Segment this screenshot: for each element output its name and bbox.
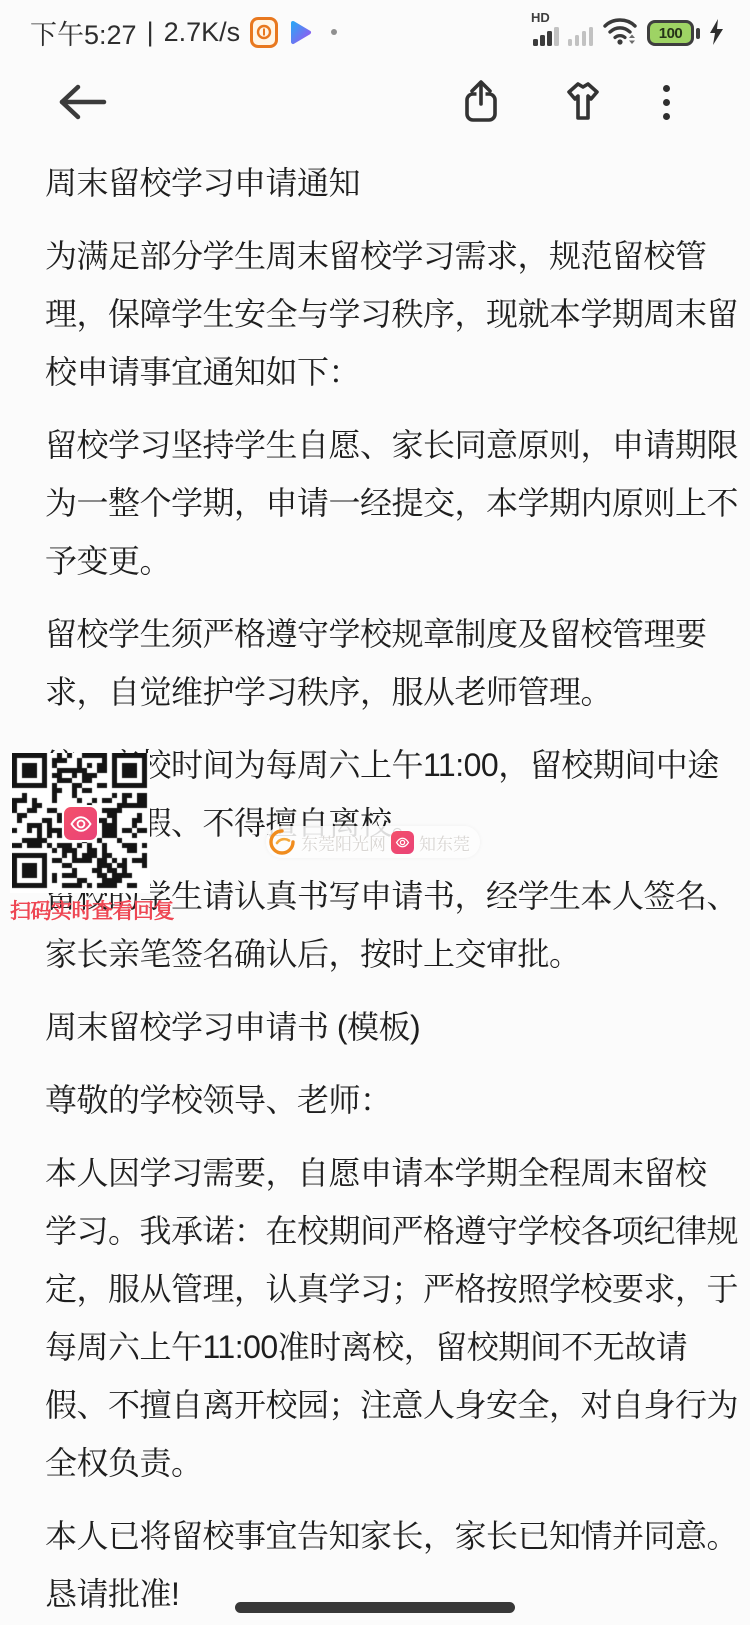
doc-line: 每周六上午11:00准时离校，留校期间不无故请 bbox=[45, 1318, 705, 1376]
qr-overlay: 扫码实时查看回复 bbox=[10, 751, 160, 925]
share-icon bbox=[459, 78, 503, 126]
doc-line: 求，自觉维护学习秩序，服从老师管理。 bbox=[45, 663, 705, 721]
status-right: HD bbox=[533, 12, 724, 52]
hd-volte-label: HD bbox=[531, 10, 550, 25]
sun-network-logo-icon bbox=[268, 828, 296, 856]
notification-app-icon bbox=[250, 17, 278, 48]
battery-percent-text: 100 bbox=[659, 25, 683, 42]
clock-text: 下午5:27 bbox=[30, 13, 137, 52]
paragraph: 为满足部分学生周末留校学习需求，规范留校管理，保障学生安全与学习秩序，现就本学期… bbox=[45, 227, 705, 401]
share-button[interactable] bbox=[459, 78, 503, 126]
watermark-app-name: 知东莞 bbox=[419, 830, 470, 855]
doc-line: 周末留校学习申请书 (模板) bbox=[45, 998, 705, 1056]
doc-line: 家长亲笔签名确认后，按时上交审批。 bbox=[45, 925, 705, 983]
wifi-icon bbox=[602, 16, 638, 46]
doc-line: 留校学习坚持学生自愿、家长同意原则，申请期限 bbox=[45, 416, 705, 474]
paragraph: 尊敬的学校领导、老师： bbox=[45, 1071, 705, 1129]
status-bar: 下午5:27 | 2.7K/s HD bbox=[0, 0, 750, 58]
paragraph: 留校学习坚持学生自愿、家长同意原则，申请期限为一整个学期，申请一经提交，本学期内… bbox=[45, 416, 705, 590]
eye-icon bbox=[69, 812, 93, 836]
doc-line: 校申请事宜通知如下： bbox=[45, 343, 705, 401]
signal-strength-icon: HD bbox=[533, 12, 559, 46]
qr-code bbox=[10, 753, 150, 893]
paragraph: 周末留校学习申请通知 bbox=[45, 154, 705, 212]
watermark-site-name: 东莞阳光网 bbox=[301, 830, 386, 855]
toolbar bbox=[0, 58, 750, 146]
status-separator: | bbox=[147, 17, 154, 48]
menu-button[interactable] bbox=[663, 85, 670, 120]
watermark: 东莞阳光网 知东莞 bbox=[266, 826, 480, 858]
doc-line: 本人因学习需要，自愿申请本学期全程周末留校 bbox=[45, 1144, 705, 1202]
home-indicator[interactable] bbox=[235, 1602, 515, 1613]
back-arrow-icon bbox=[52, 81, 110, 123]
qr-center-app-icon bbox=[62, 805, 99, 842]
doc-line: 为满足部分学生周末留校学习需求，规范留校管 bbox=[45, 227, 705, 285]
doc-line: 周末留校学习申请通知 bbox=[45, 154, 705, 212]
coin-icon bbox=[256, 24, 272, 40]
back-button[interactable] bbox=[52, 81, 110, 123]
doc-line: 理，保障学生安全与学习秩序，现就本学期周末留 bbox=[45, 285, 705, 343]
kebab-icon bbox=[663, 85, 670, 92]
tshirt-icon bbox=[559, 80, 607, 124]
signal2-strength-icon bbox=[568, 27, 594, 46]
paragraph: 留校学生须严格遵守学校规章制度及留校管理要求，自觉维护学习秩序，服从老师管理。 bbox=[45, 605, 705, 721]
doc-line: 本人已将留校事宜告知家长，家长已知情并同意。 bbox=[45, 1507, 705, 1565]
qr-caption: 扫码实时查看回复 bbox=[10, 895, 160, 925]
doc-line: 定，服从管理，认真学习；严格按照学校要求，于 bbox=[45, 1260, 705, 1318]
theme-button[interactable] bbox=[559, 80, 607, 124]
status-dot-icon bbox=[331, 29, 337, 35]
paragraph: 周末留校学习申请书 (模板) bbox=[45, 998, 705, 1056]
doc-line: 恳请批准! bbox=[45, 1565, 705, 1623]
doc-line: 留校学生须严格遵守学校规章制度及留校管理要 bbox=[45, 605, 705, 663]
doc-line: 假、不擅自离开校园；注意人身安全，对自身行为 bbox=[45, 1376, 705, 1434]
play-notification-icon bbox=[288, 19, 313, 46]
doc-line: 全权负责。 bbox=[45, 1434, 705, 1492]
battery-icon: 100 bbox=[647, 20, 700, 46]
paragraph: 本人因学习需要，自愿申请本学期全程周末留校学习。我承诺：在校期间严格遵守学校各项… bbox=[45, 1144, 705, 1492]
watermark-app-icon bbox=[391, 831, 414, 854]
doc-line: 为一整个学期，申请一经提交，本学期内原则上不 bbox=[45, 474, 705, 532]
doc-line: 尊敬的学校领导、老师： bbox=[45, 1071, 705, 1129]
doc-line: 学习。我承诺：在校期间严格遵守学校各项纪律规 bbox=[45, 1202, 705, 1260]
phone-screen: 下午5:27 | 2.7K/s HD bbox=[0, 0, 750, 1625]
charging-bolt-icon bbox=[709, 18, 724, 46]
eye-icon bbox=[395, 835, 410, 850]
status-left: 下午5:27 | 2.7K/s bbox=[30, 13, 337, 52]
doc-line: 予变更。 bbox=[45, 532, 705, 590]
network-speed-text: 2.7K/s bbox=[164, 17, 241, 48]
